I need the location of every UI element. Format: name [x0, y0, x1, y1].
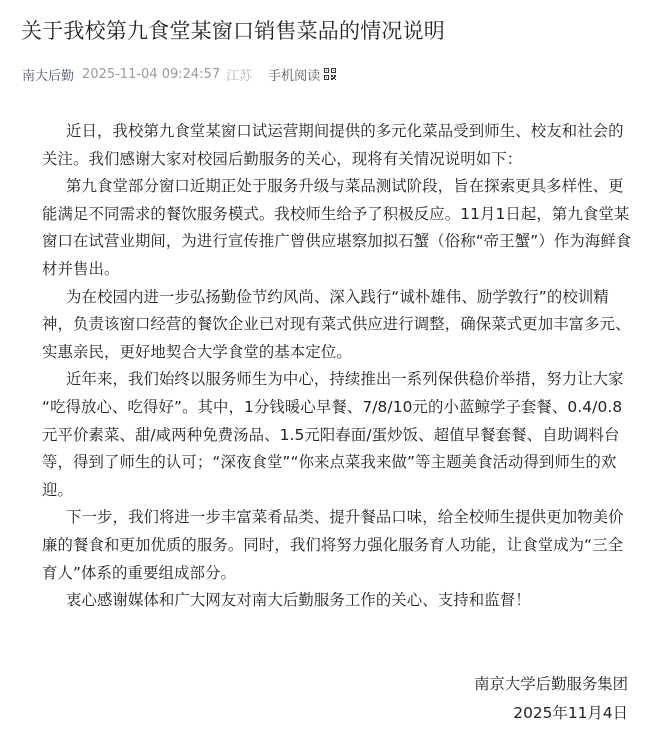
paragraph-line: 下一步，我们将进一步丰富菜肴品类、提升餐品口味，给全校师生提供更加物美价	[42, 504, 630, 532]
paragraph-line: 实惠亲民，更好地契合大学食堂的基本定位。	[42, 339, 630, 367]
paragraph-line: 衷心感谢媒体和广大网友对南大后勤服务工作的关心、支持和监督！	[42, 587, 630, 615]
article-meta: 南大后勤 2025-11-04 09:24:57 江苏 手机阅读	[22, 63, 336, 85]
paragraph-line: 能满足不同需求的餐饮服务模式。我校师生给予了积极反应。11月1日起，第九食堂某	[42, 201, 630, 229]
signature-block: 南京大学后勤服务集团 2025年11月4日	[474, 670, 628, 728]
source-account-link[interactable]: 南大后勤	[22, 65, 74, 84]
paragraph-line: 育人”体系的重要组成部分。	[42, 560, 630, 588]
paragraph-line: 元平价素菜、甜/咸两种免费汤品、1.5元阳春面/蛋炒饭、超值早餐套餐、自助调料台	[42, 422, 630, 450]
paragraph-line: 第九食堂部分窗口近期正处于服务升级与菜品测试阶段，旨在探索更具多样性、更	[42, 173, 630, 201]
paragraph-line: 近日，我校第九食堂某窗口试运营期间提供的多元化菜品受到师生、校友和社会的	[42, 118, 630, 146]
paragraph-line: 近年来，我们始终以服务师生为中心，持续推出一系列保供稳价举措，努力让大家	[42, 366, 630, 394]
article-title: 关于我校第九食堂某窗口销售菜品的情况说明	[21, 16, 445, 46]
paragraph-line: 材并售出。	[42, 256, 630, 284]
paragraph-adjustment: 为在校园内进一步弘扬勤俭节约风尚、深入践行“诚朴雄伟、励学敦行”的校训精 神，负…	[42, 284, 630, 367]
paragraph-line: 神，负责该窗口经营的餐饮企业已对现有菜式供应进行调整，确保菜式更加丰富多元、	[42, 311, 630, 339]
paragraph-line: 廉的餐食和更加优质的服务。同时，我们将努力强化服务育人功能，让食堂成为“三全	[42, 532, 630, 560]
paragraph-line: 关注。我们感谢大家对校园后勤服务的关心，现将有关情况说明如下：	[42, 146, 630, 174]
paragraph-line: 为在校园内进一步弘扬勤俭节约风尚、深入践行“诚朴雄伟、励学敦行”的校训精	[42, 284, 630, 312]
paragraph-line: 迎。	[42, 477, 630, 505]
paragraph-intro: 近日，我校第九食堂某窗口试运营期间提供的多元化菜品受到师生、校友和社会的 关注。…	[42, 118, 630, 173]
qr-code-icon[interactable]	[324, 68, 336, 80]
publish-time: 2025-11-04 09:24:57	[82, 67, 220, 82]
mobile-read-link[interactable]: 手机阅读	[268, 65, 320, 84]
signature-organization: 南京大学后勤服务集团	[474, 670, 628, 699]
paragraph-next-steps: 下一步，我们将进一步丰富菜肴品类、提升餐品口味，给全校师生提供更加物美价 廉的餐…	[42, 504, 630, 587]
paragraph-affordable-measures: 近年来，我们始终以服务师生为中心，持续推出一系列保供稳价举措，努力让大家 “吃得…	[42, 366, 630, 504]
paragraph-line: 等，得到了师生的认可；“深夜食堂”“你来点菜我来做”等主题美食活动得到师生的欢	[42, 449, 630, 477]
article-body: 近日，我校第九食堂某窗口试运营期间提供的多元化菜品受到师生、校友和社会的 关注。…	[42, 118, 630, 615]
paragraph-trial-operation: 第九食堂部分窗口近期正处于服务升级与菜品测试阶段，旨在探索更具多样性、更 能满足…	[42, 173, 630, 283]
publish-region: 江苏	[226, 65, 252, 84]
paragraph-thanks: 衷心感谢媒体和广大网友对南大后勤服务工作的关心、支持和监督！	[42, 587, 630, 615]
paragraph-line: 窗口在试营业期间，为进行宣传推广曾供应堪察加拟石蟹（俗称“帝王蟹”）作为海鲜食	[42, 228, 630, 256]
paragraph-line: “吃得放心、吃得好”。其中，1分钱暖心早餐、7/8/10元的小蓝鲸学子套餐、0.…	[42, 394, 630, 422]
signature-date: 2025年11月4日	[474, 699, 628, 728]
